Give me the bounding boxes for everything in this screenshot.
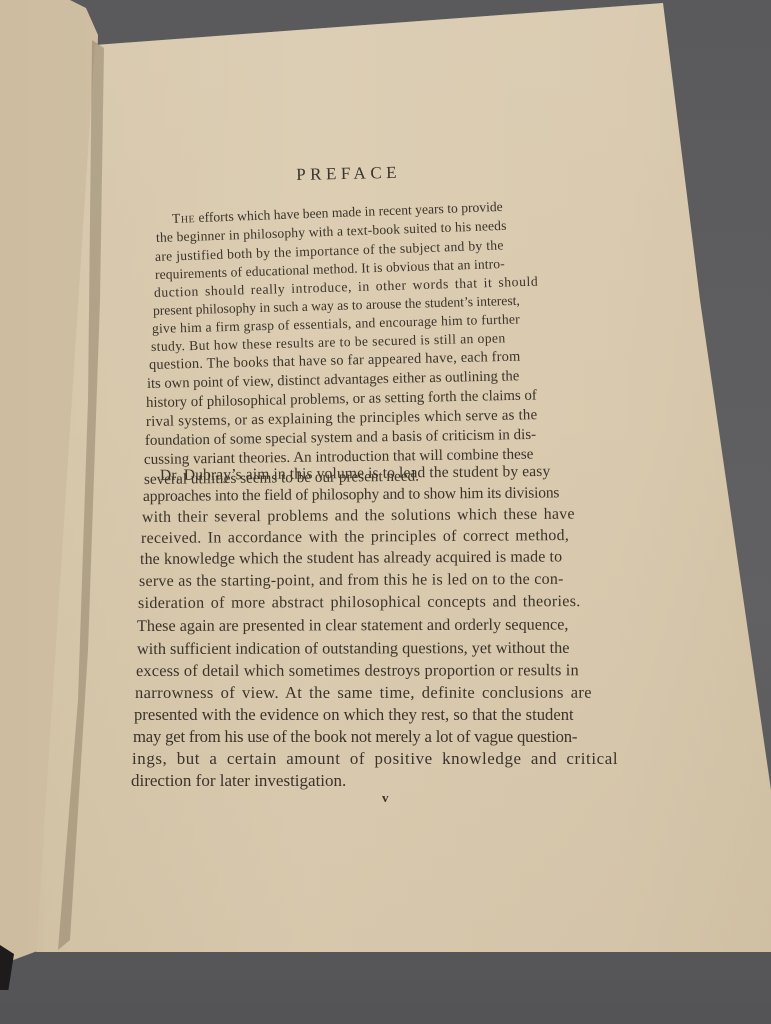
page-number: v bbox=[382, 790, 389, 806]
text-line: received. In accordance with the princip… bbox=[141, 527, 569, 548]
text-line: serve as the starting-point, and from th… bbox=[139, 571, 564, 591]
text-line: presented with the evidence on which the… bbox=[134, 705, 574, 725]
text-line: narrowness of view. At the same time, de… bbox=[135, 683, 592, 703]
text-line: excess of detail which sometimes destroy… bbox=[136, 660, 579, 681]
page-title: PREFACE bbox=[296, 163, 401, 185]
photo-scene: PREFACE The efforts which have been made… bbox=[0, 0, 771, 1024]
text-line: with their several problems and the solu… bbox=[142, 506, 575, 527]
text-line: may get from his use of the book not mer… bbox=[133, 727, 577, 747]
text-line: direction for later investigation. bbox=[131, 771, 346, 791]
text-line: the knowledge which the student has alre… bbox=[140, 548, 562, 569]
lead-smallcaps: The bbox=[172, 210, 196, 226]
text-line: ings, but a certain amount of positive k… bbox=[132, 749, 618, 769]
text-line: with sufficient indication of outstandin… bbox=[137, 638, 570, 659]
text-line: sideration of more abstract philosophica… bbox=[138, 593, 581, 613]
text-line: These again are presented in clear state… bbox=[137, 615, 569, 636]
text-line: approaches into the field of philosophy … bbox=[143, 484, 559, 506]
